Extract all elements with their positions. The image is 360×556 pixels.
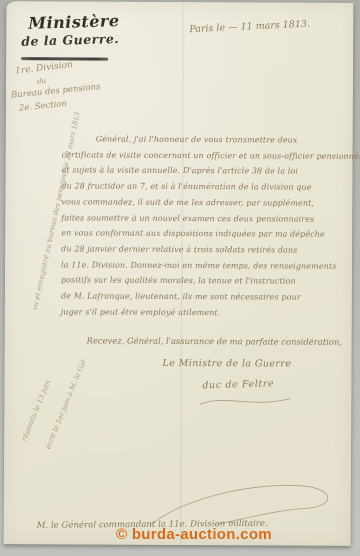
letterhead-title-line1: Ministère: [28, 11, 120, 33]
body-line: faites soumettre à un nouvel examen ces …: [61, 210, 357, 227]
auction-photo: Ministère de la Guerre. 1re. Division du…: [0, 0, 360, 556]
margin-note-lower-1: répondu le 13 juin: [20, 379, 52, 442]
body-line: positifs sur les qualités morales, la te…: [61, 273, 357, 290]
body-line: Général, j'ai l'honneur de vous transmet…: [62, 131, 358, 148]
signature-paraph-flourish: [196, 392, 296, 411]
body-line: la 11e. Division. Donnez-moi en même tem…: [61, 257, 357, 274]
body-line: en vous conformant aux dispositions indi…: [61, 226, 357, 243]
body-line: de M. Lafranque, lieutenant, ils me sont…: [61, 288, 357, 305]
watermark-text: © burda-auction.com: [116, 526, 272, 543]
body-line: du 28 janvier dernier relative à trois s…: [61, 241, 357, 258]
department-du: du: [37, 77, 47, 86]
dateline: Paris le — 11 mars 1813.: [189, 19, 310, 36]
body-line: et sujets à la visite annuelle. D'après …: [61, 163, 357, 180]
margin-note-lower-2: écrit le 1er juin à M. le Gal: [44, 359, 88, 451]
department-section: 2e. Section: [18, 99, 67, 114]
body-line: du 28 fructidor an 7, et si à l'énumérat…: [61, 178, 357, 195]
letter-body: Général, j'ai l'honneur de vous transmet…: [61, 131, 358, 321]
body-line: certificats de visite concernant un offi…: [62, 147, 358, 164]
closing-valediction: Recevez, Général, l'assurance de ma parf…: [87, 336, 342, 347]
body-line: vous commandez, il suit de me les adress…: [61, 194, 357, 211]
closing-office: Le Ministre de la Guerre: [163, 358, 292, 370]
minister-signature: duc de Feltre: [202, 378, 274, 391]
department-division: 1re. Division: [15, 60, 74, 77]
body-line: juger s'il peut être employé utilement.: [61, 304, 357, 321]
letter-paper: Ministère de la Guerre. 1re. Division du…: [4, 1, 354, 546]
letterhead-title-line2: de la Guerre.: [21, 31, 119, 49]
department-bureau: Bureau des pensions: [11, 82, 101, 101]
